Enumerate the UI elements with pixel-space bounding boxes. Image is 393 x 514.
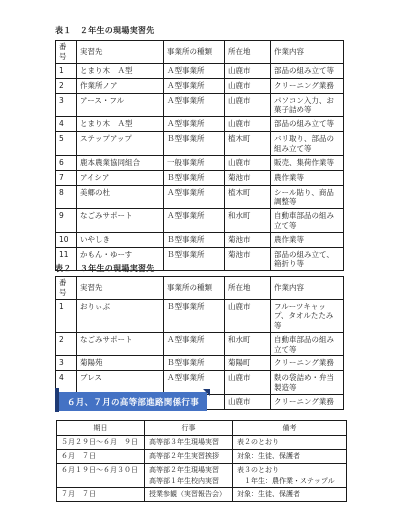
table-row: 3 菊陽苑 Ｂ型事業所 菊陽町 クリーニング業務 [56, 356, 344, 371]
cell-location: 山鹿市 [225, 93, 271, 117]
cell-number: 4 [56, 117, 77, 132]
cell-location: 山鹿市 [225, 371, 271, 395]
cell-office-type: Ａ型事業所 [164, 185, 225, 209]
events-schedule-table: 期日 行事 備考 ５月２９日～６月 ９日 高等部３年生現場実習 表２のとおり ６… [56, 420, 347, 502]
table-row: 10 いやしき Ｂ型事業所 菊池市 農作業等 [56, 232, 344, 247]
cell-number: 1 [56, 299, 77, 332]
cell-office-type: Ａ型事業所 [164, 78, 225, 93]
cell-office-type: Ｂ型事業所 [164, 170, 225, 185]
table-row: 7 アイシア Ｂ型事業所 菊池市 農作業等 [56, 170, 344, 185]
cell-number: 3 [56, 356, 77, 371]
cell-work: パソコン入力、お菓子詰め等 [271, 93, 344, 117]
cell-location: 山鹿市 [225, 394, 271, 409]
cell-work: フルーツキャップ、タオルたたみ等 [271, 299, 344, 332]
cell-site-name: いやしき [77, 232, 164, 247]
table-row: 5 ステップアップ Ｂ型事業所 植木町 バリ取り、部品の組み立て等 [56, 132, 344, 156]
table2-header-row: 番号 実習先 事業所の種類 所在地 作業内容 [56, 277, 344, 300]
cell-event: 高等部２年生実習挨拶 [145, 449, 233, 463]
col-header-number: 番号 [56, 277, 77, 300]
cell-site-name: 菊陽苑 [77, 356, 164, 371]
cell-note: 表３のとおり １年生：農作業・ステップル [233, 463, 347, 488]
event-line: 高等部１年生校内実習 [149, 476, 228, 487]
cell-number: 3 [56, 93, 77, 117]
cell-number: 8 [56, 185, 77, 209]
table2-caption: 表２ ３年生の現場実習先 [55, 263, 155, 274]
cell-date: ５月２９日～６月 ９日 [57, 436, 145, 450]
col-header-site: 実習先 [77, 41, 164, 64]
col-header-office-type: 事業所の種類 [164, 277, 225, 300]
cell-note: 表２のとおり [233, 436, 347, 450]
cell-location: 山鹿市 [225, 117, 271, 132]
cell-site-name: なごみサポート [77, 209, 164, 233]
cell-work: 麩の袋詰め・弁当製造等 [271, 371, 344, 395]
cell-event: 高等部２年生現場実習 高等部１年生校内実習 [145, 463, 233, 488]
cell-number: 2 [56, 332, 77, 356]
table-row: 2 なごみサポート Ａ型事業所 和水町 自動車部品の組み立て等 [56, 332, 344, 356]
cell-location: 山鹿市 [225, 299, 271, 332]
cell-location: 植木町 [225, 185, 271, 209]
cell-work: 部品の組み立て等 [271, 63, 344, 78]
cell-location: 山鹿市 [225, 155, 271, 170]
cell-site-name: おりぃぶ [77, 299, 164, 332]
note-line: 表３のとおり [237, 465, 342, 476]
cell-work: クリーニング業務 [271, 356, 344, 371]
cell-office-type: Ｂ型事業所 [164, 232, 225, 247]
cell-number: 2 [56, 78, 77, 93]
cell-location: 山鹿市 [225, 78, 271, 93]
cell-number: 10 [56, 232, 77, 247]
table-row: 1 とまり木 Ａ型 Ａ型事業所 山鹿市 部品の組み立て等 [56, 63, 344, 78]
cell-office-type: Ｂ型事業所 [164, 299, 225, 332]
events-header-row: 期日 行事 備考 [57, 421, 347, 436]
cell-location: 和水町 [225, 209, 271, 233]
cell-work: 部品の組み立て等 [271, 117, 344, 132]
cell-office-type: Ａ型事業所 [164, 93, 225, 117]
cell-work: クリーニング業務 [271, 78, 344, 93]
cell-office-type: Ｂ型事業所 [164, 356, 225, 371]
cell-note: 対象：生徒、保護者 [233, 488, 347, 502]
cell-site-name: 鹿本農業協同組合 [77, 155, 164, 170]
table-row: 2 作業所ノア Ａ型事業所 山鹿市 クリーニング業務 [56, 78, 344, 93]
cell-site-name: ステップアップ [77, 132, 164, 156]
cell-site-name: アイシア [77, 170, 164, 185]
cell-number: 5 [56, 132, 77, 156]
col-header-work: 作業内容 [271, 277, 344, 300]
col-header-work: 作業内容 [271, 41, 344, 64]
cell-office-type: Ｂ型事業所 [164, 132, 225, 156]
cell-number: 9 [56, 209, 77, 233]
col-header-number: 番号 [56, 41, 77, 64]
col-header-note: 備考 [233, 421, 347, 436]
event-line: 高等部２年生現場実習 [149, 465, 228, 476]
cell-date: ６月１９日～６月３０日 [57, 463, 145, 488]
cell-date: ７月 ７日 [57, 488, 145, 502]
banner-title: ６月、７月の高等部進路関係行事 [67, 398, 199, 408]
cell-location: 菊池市 [225, 170, 271, 185]
table-row: 3 アース・フル Ａ型事業所 山鹿市 パソコン入力、お菓子詰め等 [56, 93, 344, 117]
table1-caption: 表１ ２年生の現場実習先 [55, 25, 155, 36]
col-header-event: 行事 [145, 421, 233, 436]
cell-office-type: Ａ型事業所 [164, 332, 225, 356]
newsletter-page: 表１ ２年生の現場実習先 番号 実習先 事業所の種類 所在地 作業内容 1 とま… [0, 0, 393, 514]
table-row: 1 おりぃぶ Ｂ型事業所 山鹿市 フルーツキャップ、タオルたたみ等 [56, 299, 344, 332]
cell-work: 農作業等 [271, 170, 344, 185]
cell-location: 菊池市 [225, 247, 271, 271]
table1-header-row: 番号 実習先 事業所の種類 所在地 作業内容 [56, 41, 344, 64]
cell-location: 山鹿市 [225, 63, 271, 78]
event-row: ５月２９日～６月 ９日 高等部３年生現場実習 表２のとおり [57, 436, 347, 450]
cell-site-name: 作業所ノア [77, 78, 164, 93]
cell-office-type: Ａ型事業所 [164, 117, 225, 132]
col-header-location: 所在地 [225, 277, 271, 300]
cell-site-name: なごみサポート [77, 332, 164, 356]
cell-location: 和水町 [225, 332, 271, 356]
cell-office-type: Ａ型事業所 [164, 209, 225, 233]
cell-site-name: とまり木 Ａ型 [77, 63, 164, 78]
table-row: 8 美郷の杜 Ａ型事業所 植木町 シール貼り、商品調整等 [56, 185, 344, 209]
cell-work: クリーニング業務 [271, 394, 344, 409]
cell-event: 授業参観（実習報告会） [145, 488, 233, 502]
cell-work: 自動車部品の組み立て等 [271, 332, 344, 356]
cell-work: 農作業等 [271, 232, 344, 247]
col-header-date: 期日 [57, 421, 145, 436]
cell-office-type: Ａ型事業所 [164, 63, 225, 78]
cell-office-type: Ｂ型事業所 [164, 247, 225, 271]
note-line: １年生：農作業・ステップル [237, 476, 342, 487]
cell-location: 菊池市 [225, 232, 271, 247]
cell-work: 部品の組み立て、箱折り等 [271, 247, 344, 271]
event-row: ６月１９日～６月３０日 高等部２年生現場実習 高等部１年生校内実習 表３のとおり… [57, 463, 347, 488]
col-header-office-type: 事業所の種類 [164, 41, 225, 64]
events-section-banner: ６月、７月の高等部進路関係行事 [55, 390, 207, 410]
cell-work: 販売、集荷作業等 [271, 155, 344, 170]
table1-practicum-2nd-grade: 番号 実習先 事業所の種類 所在地 作業内容 1 とまり木 Ａ型 Ａ型事業所 山… [55, 40, 344, 271]
cell-number: 1 [56, 63, 77, 78]
cell-note: 対象：生徒、保護者 [233, 449, 347, 463]
col-header-site: 実習先 [77, 277, 164, 300]
cell-location: 菊陽町 [225, 356, 271, 371]
cell-office-type: 一般事業所 [164, 155, 225, 170]
cell-number: 6 [56, 155, 77, 170]
event-row: ６月 ７日 高等部２年生実習挨拶 対象：生徒、保護者 [57, 449, 347, 463]
event-row: ７月 ７日 授業参観（実習報告会） 対象：生徒、保護者 [57, 488, 347, 502]
cell-work: 自動車部品の組み立て等 [271, 209, 344, 233]
banner-box: ６月、７月の高等部進路関係行事 [59, 392, 207, 411]
col-header-location: 所在地 [225, 41, 271, 64]
cell-date: ６月 ７日 [57, 449, 145, 463]
cell-site-name: アース・フル [77, 93, 164, 117]
cell-work: シール貼り、商品調整等 [271, 185, 344, 209]
cell-number: 7 [56, 170, 77, 185]
cell-site-name: とまり木 Ａ型 [77, 117, 164, 132]
cell-work: バリ取り、部品の組み立て等 [271, 132, 344, 156]
table-row: 6 鹿本農業協同組合 一般事業所 山鹿市 販売、集荷作業等 [56, 155, 344, 170]
table-row: 4 とまり木 Ａ型 Ａ型事業所 山鹿市 部品の組み立て等 [56, 117, 344, 132]
table-row: 9 なごみサポート Ａ型事業所 和水町 自動車部品の組み立て等 [56, 209, 344, 233]
cell-site-name: 美郷の杜 [77, 185, 164, 209]
cell-location: 植木町 [225, 132, 271, 156]
cell-event: 高等部３年生現場実習 [145, 436, 233, 450]
